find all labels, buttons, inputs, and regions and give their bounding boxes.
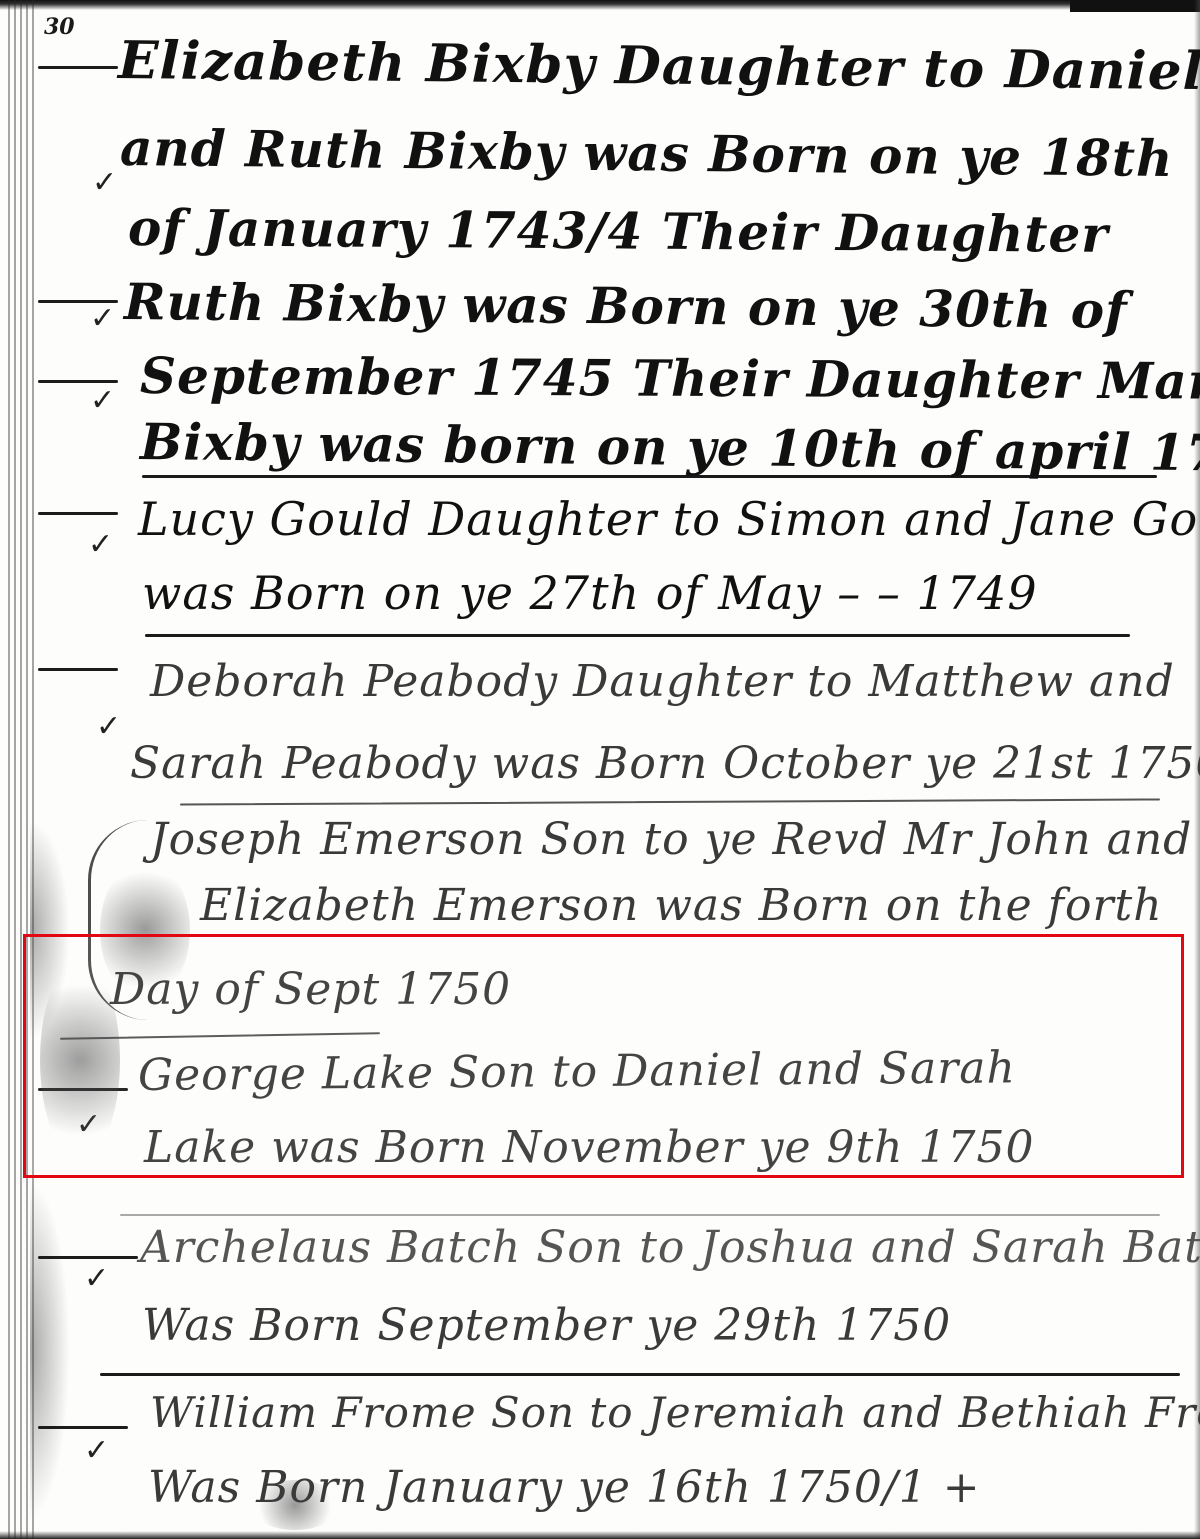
entry-line: Bixby was born on ye 10th of april 1747 xyxy=(140,412,1200,483)
entry-separator xyxy=(180,798,1160,805)
margin-tick xyxy=(38,1256,138,1259)
entry-line: Lucy Gould Daughter to Simon and Jane Go… xyxy=(138,492,1200,546)
margin-tick xyxy=(38,66,118,69)
check-mark-icon: ✓ xyxy=(90,386,115,416)
entry-line: of January 1743/4 Their Daughter xyxy=(128,198,1109,264)
scanned-register-page: 30 ✓ ✓ ✓ ✓ ✓ ✓ ✓ ✓ Elizabeth Bixby Daugh… xyxy=(0,0,1200,1539)
margin-tick xyxy=(38,1426,128,1429)
highlight-annotation-box xyxy=(23,934,1184,1178)
check-mark-icon: ✓ xyxy=(90,304,115,334)
check-mark-icon: ✓ xyxy=(92,168,117,198)
entry-line: Elizabeth Bixby Daughter to Daniel xyxy=(118,30,1200,102)
entry-line: was Born on ye 27th of May – – 1749 xyxy=(142,566,1038,620)
entry-line: Ruth Bixby was Born on ye 30th of xyxy=(124,272,1128,340)
margin-tick xyxy=(38,512,118,515)
entry-line: Was Born January ye 16th 1750/1 + xyxy=(148,1462,981,1513)
check-mark-icon: ✓ xyxy=(88,530,113,560)
entry-line: Joseph Emerson Son to ye Revd Mr John an… xyxy=(150,814,1192,865)
entry-separator xyxy=(145,634,1130,637)
entry-line: September 1745 Their Daughter Mary xyxy=(140,346,1200,411)
entry-line: and Ruth Bixby was Born on ye 18th xyxy=(120,118,1174,188)
scan-top-edge-right xyxy=(1070,0,1200,12)
entry-line: Elizabeth Emerson was Born on the forth xyxy=(200,880,1163,931)
margin-tick xyxy=(38,668,118,671)
check-mark-icon: ✓ xyxy=(84,1264,109,1294)
entry-line: Deborah Peabody Daughter to Matthew and xyxy=(150,656,1175,707)
check-mark-icon: ✓ xyxy=(84,1436,109,1466)
entry-separator xyxy=(120,1214,1160,1216)
entry-line: Sarah Peabody was Born October ye 21st 1… xyxy=(130,738,1200,789)
gutter-shadow xyxy=(30,1180,70,1520)
scan-bottom-edge xyxy=(0,1531,1200,1539)
entry-line: William Frome Son to Jeremiah and Bethia… xyxy=(150,1388,1200,1437)
page-number: 30 xyxy=(44,14,75,40)
entry-line: Was Born September ye 29th 1750 xyxy=(142,1300,951,1351)
entry-separator xyxy=(100,1373,1180,1376)
check-mark-icon: ✓ xyxy=(96,712,121,742)
scan-top-edge xyxy=(0,0,1200,10)
entry-line: Archelaus Batch Son to Joshua and Sarah … xyxy=(140,1222,1200,1273)
